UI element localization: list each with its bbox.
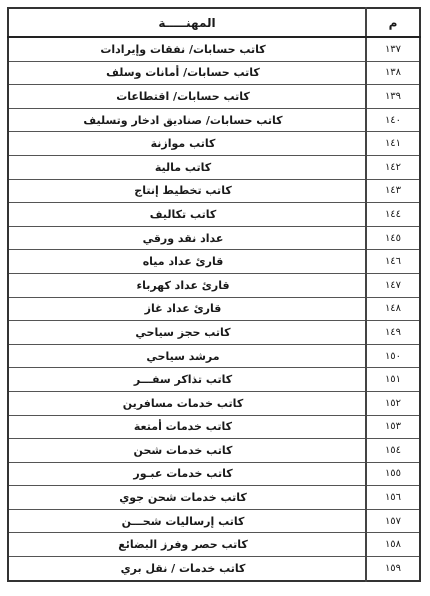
- row-number: ١٣٨: [366, 61, 420, 85]
- table-row: ١٤٧قارئ عداد كهرباء: [8, 273, 420, 297]
- row-number: ١٤٩: [366, 321, 420, 345]
- row-number: ١٥٥: [366, 462, 420, 486]
- row-number: ١٣٧: [366, 37, 420, 61]
- row-number: ١٤٥: [366, 226, 420, 250]
- table-row: ١٥٢كاتب خدمات مسافرين: [8, 391, 420, 415]
- table-row: ١٤٥عداد نقد ورقي: [8, 226, 420, 250]
- row-profession: كاتب حسابات/ أمانات وسلف: [8, 61, 366, 85]
- row-profession: كاتب حسابات/ نفقات وإيرادات: [8, 37, 366, 61]
- row-profession: كاتب خدمات شحن: [8, 439, 366, 463]
- row-number: ١٤٦: [366, 250, 420, 274]
- header-row: م المهنـــــة: [8, 8, 420, 37]
- table-row: ١٤٣كاتب تخطيط إنتاج: [8, 179, 420, 203]
- table-row: ١٥٤كاتب خدمات شحن: [8, 439, 420, 463]
- table-row: ١٥٧كاتب إرساليات شحـــن: [8, 509, 420, 533]
- row-number: ١٥٤: [366, 439, 420, 463]
- row-profession: كاتب موازنة: [8, 132, 366, 156]
- table-row: ١٣٧كاتب حسابات/ نفقات وإيرادات: [8, 37, 420, 61]
- table-row: ١٥٨كاتب حصر وفرز البضائع: [8, 533, 420, 557]
- table-row: ١٤٤كاتب تكاليف: [8, 203, 420, 227]
- row-number: ١٥٩: [366, 557, 420, 581]
- professions-table-container: م المهنـــــة ١٣٧كاتب حسابات/ نفقات وإير…: [7, 7, 421, 582]
- row-number: ١٥٨: [366, 533, 420, 557]
- table-row: ١٤٩كاتب حجز سياحي: [8, 321, 420, 345]
- row-number: ١٤٧: [366, 273, 420, 297]
- table-row: ١٣٩كاتب حسابات/ اقتطاعات: [8, 85, 420, 109]
- row-profession: كاتب تكاليف: [8, 203, 366, 227]
- row-profession: كاتب حجز سياحي: [8, 321, 366, 345]
- table-row: ١٤٢كاتب مالية: [8, 155, 420, 179]
- row-profession: قارئ عداد مياه: [8, 250, 366, 274]
- row-profession: عداد نقد ورقي: [8, 226, 366, 250]
- professions-table: م المهنـــــة ١٣٧كاتب حسابات/ نفقات وإير…: [7, 7, 421, 582]
- row-number: ١٤٨: [366, 297, 420, 321]
- row-number: ١٥٣: [366, 415, 420, 439]
- row-number: ١٥٧: [366, 509, 420, 533]
- row-profession: كاتب خدمات شحن جوي: [8, 486, 366, 510]
- row-number: ١٤٢: [366, 155, 420, 179]
- row-number: ١٣٩: [366, 85, 420, 109]
- row-number: ١٥٠: [366, 344, 420, 368]
- table-row: ١٥٥كاتب خدمات عبـور: [8, 462, 420, 486]
- row-number: ١٥٢: [366, 391, 420, 415]
- row-profession: قارئ عداد كهرباء: [8, 273, 366, 297]
- table-row: ١٤٦قارئ عداد مياه: [8, 250, 420, 274]
- row-profession: كاتب إرساليات شحـــن: [8, 509, 366, 533]
- table-row: ١٥٦كاتب خدمات شحن جوي: [8, 486, 420, 510]
- header-number: م: [366, 8, 420, 37]
- row-profession: كاتب مالية: [8, 155, 366, 179]
- table-body: ١٣٧كاتب حسابات/ نفقات وإيرادات١٣٨كاتب حس…: [8, 37, 420, 581]
- row-profession: كاتب خدمات مسافرين: [8, 391, 366, 415]
- row-number: ١٥٦: [366, 486, 420, 510]
- row-profession: كاتب خدمات عبـور: [8, 462, 366, 486]
- row-number: ١٤٤: [366, 203, 420, 227]
- row-number: ١٤٠: [366, 108, 420, 132]
- table-row: ١٥١كاتب تذاكر سفـــر: [8, 368, 420, 392]
- row-profession: كاتب خدمات / نقل بري: [8, 557, 366, 581]
- row-profession: مرشد سياحي: [8, 344, 366, 368]
- table-row: ١٤٠كاتب حسابات/ صناديق ادخار وتسليف: [8, 108, 420, 132]
- row-profession: كاتب حصر وفرز البضائع: [8, 533, 366, 557]
- row-profession: كاتب تخطيط إنتاج: [8, 179, 366, 203]
- row-profession: كاتب حسابات/ صناديق ادخار وتسليف: [8, 108, 366, 132]
- row-profession: كاتب خدمات أمتعة: [8, 415, 366, 439]
- table-row: ١٤٨قارئ عداد غاز: [8, 297, 420, 321]
- row-number: ١٤٣: [366, 179, 420, 203]
- table-row: ١٥٩كاتب خدمات / نقل بري: [8, 557, 420, 581]
- table-row: ١٤١كاتب موازنة: [8, 132, 420, 156]
- row-profession: قارئ عداد غاز: [8, 297, 366, 321]
- table-row: ١٥٣كاتب خدمات أمتعة: [8, 415, 420, 439]
- row-number: ١٤١: [366, 132, 420, 156]
- row-profession: كاتب تذاكر سفـــر: [8, 368, 366, 392]
- table-row: ١٥٠مرشد سياحي: [8, 344, 420, 368]
- header-profession: المهنـــــة: [8, 8, 366, 37]
- row-number: ١٥١: [366, 368, 420, 392]
- row-profession: كاتب حسابات/ اقتطاعات: [8, 85, 366, 109]
- table-row: ١٣٨كاتب حسابات/ أمانات وسلف: [8, 61, 420, 85]
